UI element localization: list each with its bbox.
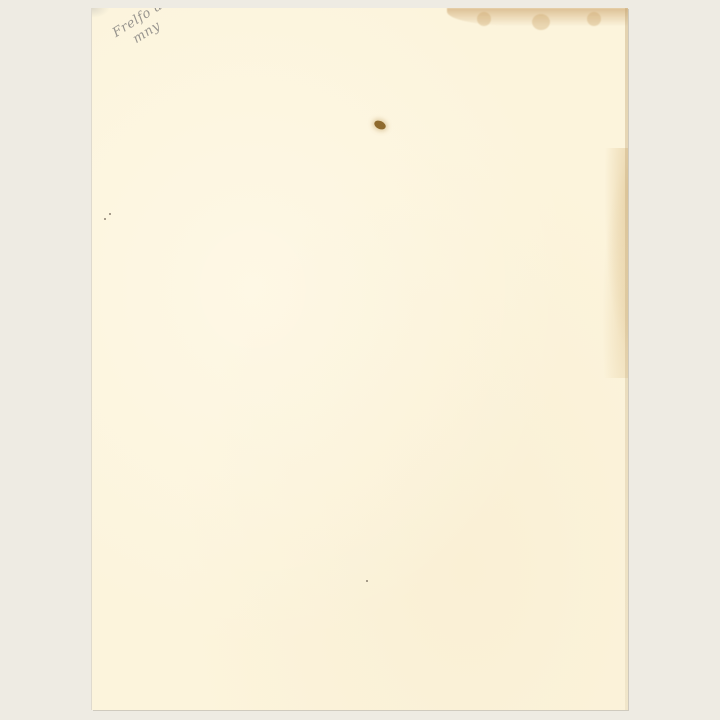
brown-spot [373,119,387,131]
pencil-handwriting: Frelfo ani mny [110,8,186,55]
speck [366,580,368,582]
speck [109,213,111,215]
right-edge-discoloration [625,8,628,710]
corner-wear [92,8,110,18]
paper-card: Frelfo ani mny [92,8,628,710]
speck [104,218,106,220]
top-edge-stain [447,8,628,26]
right-edge-stain [600,148,628,378]
